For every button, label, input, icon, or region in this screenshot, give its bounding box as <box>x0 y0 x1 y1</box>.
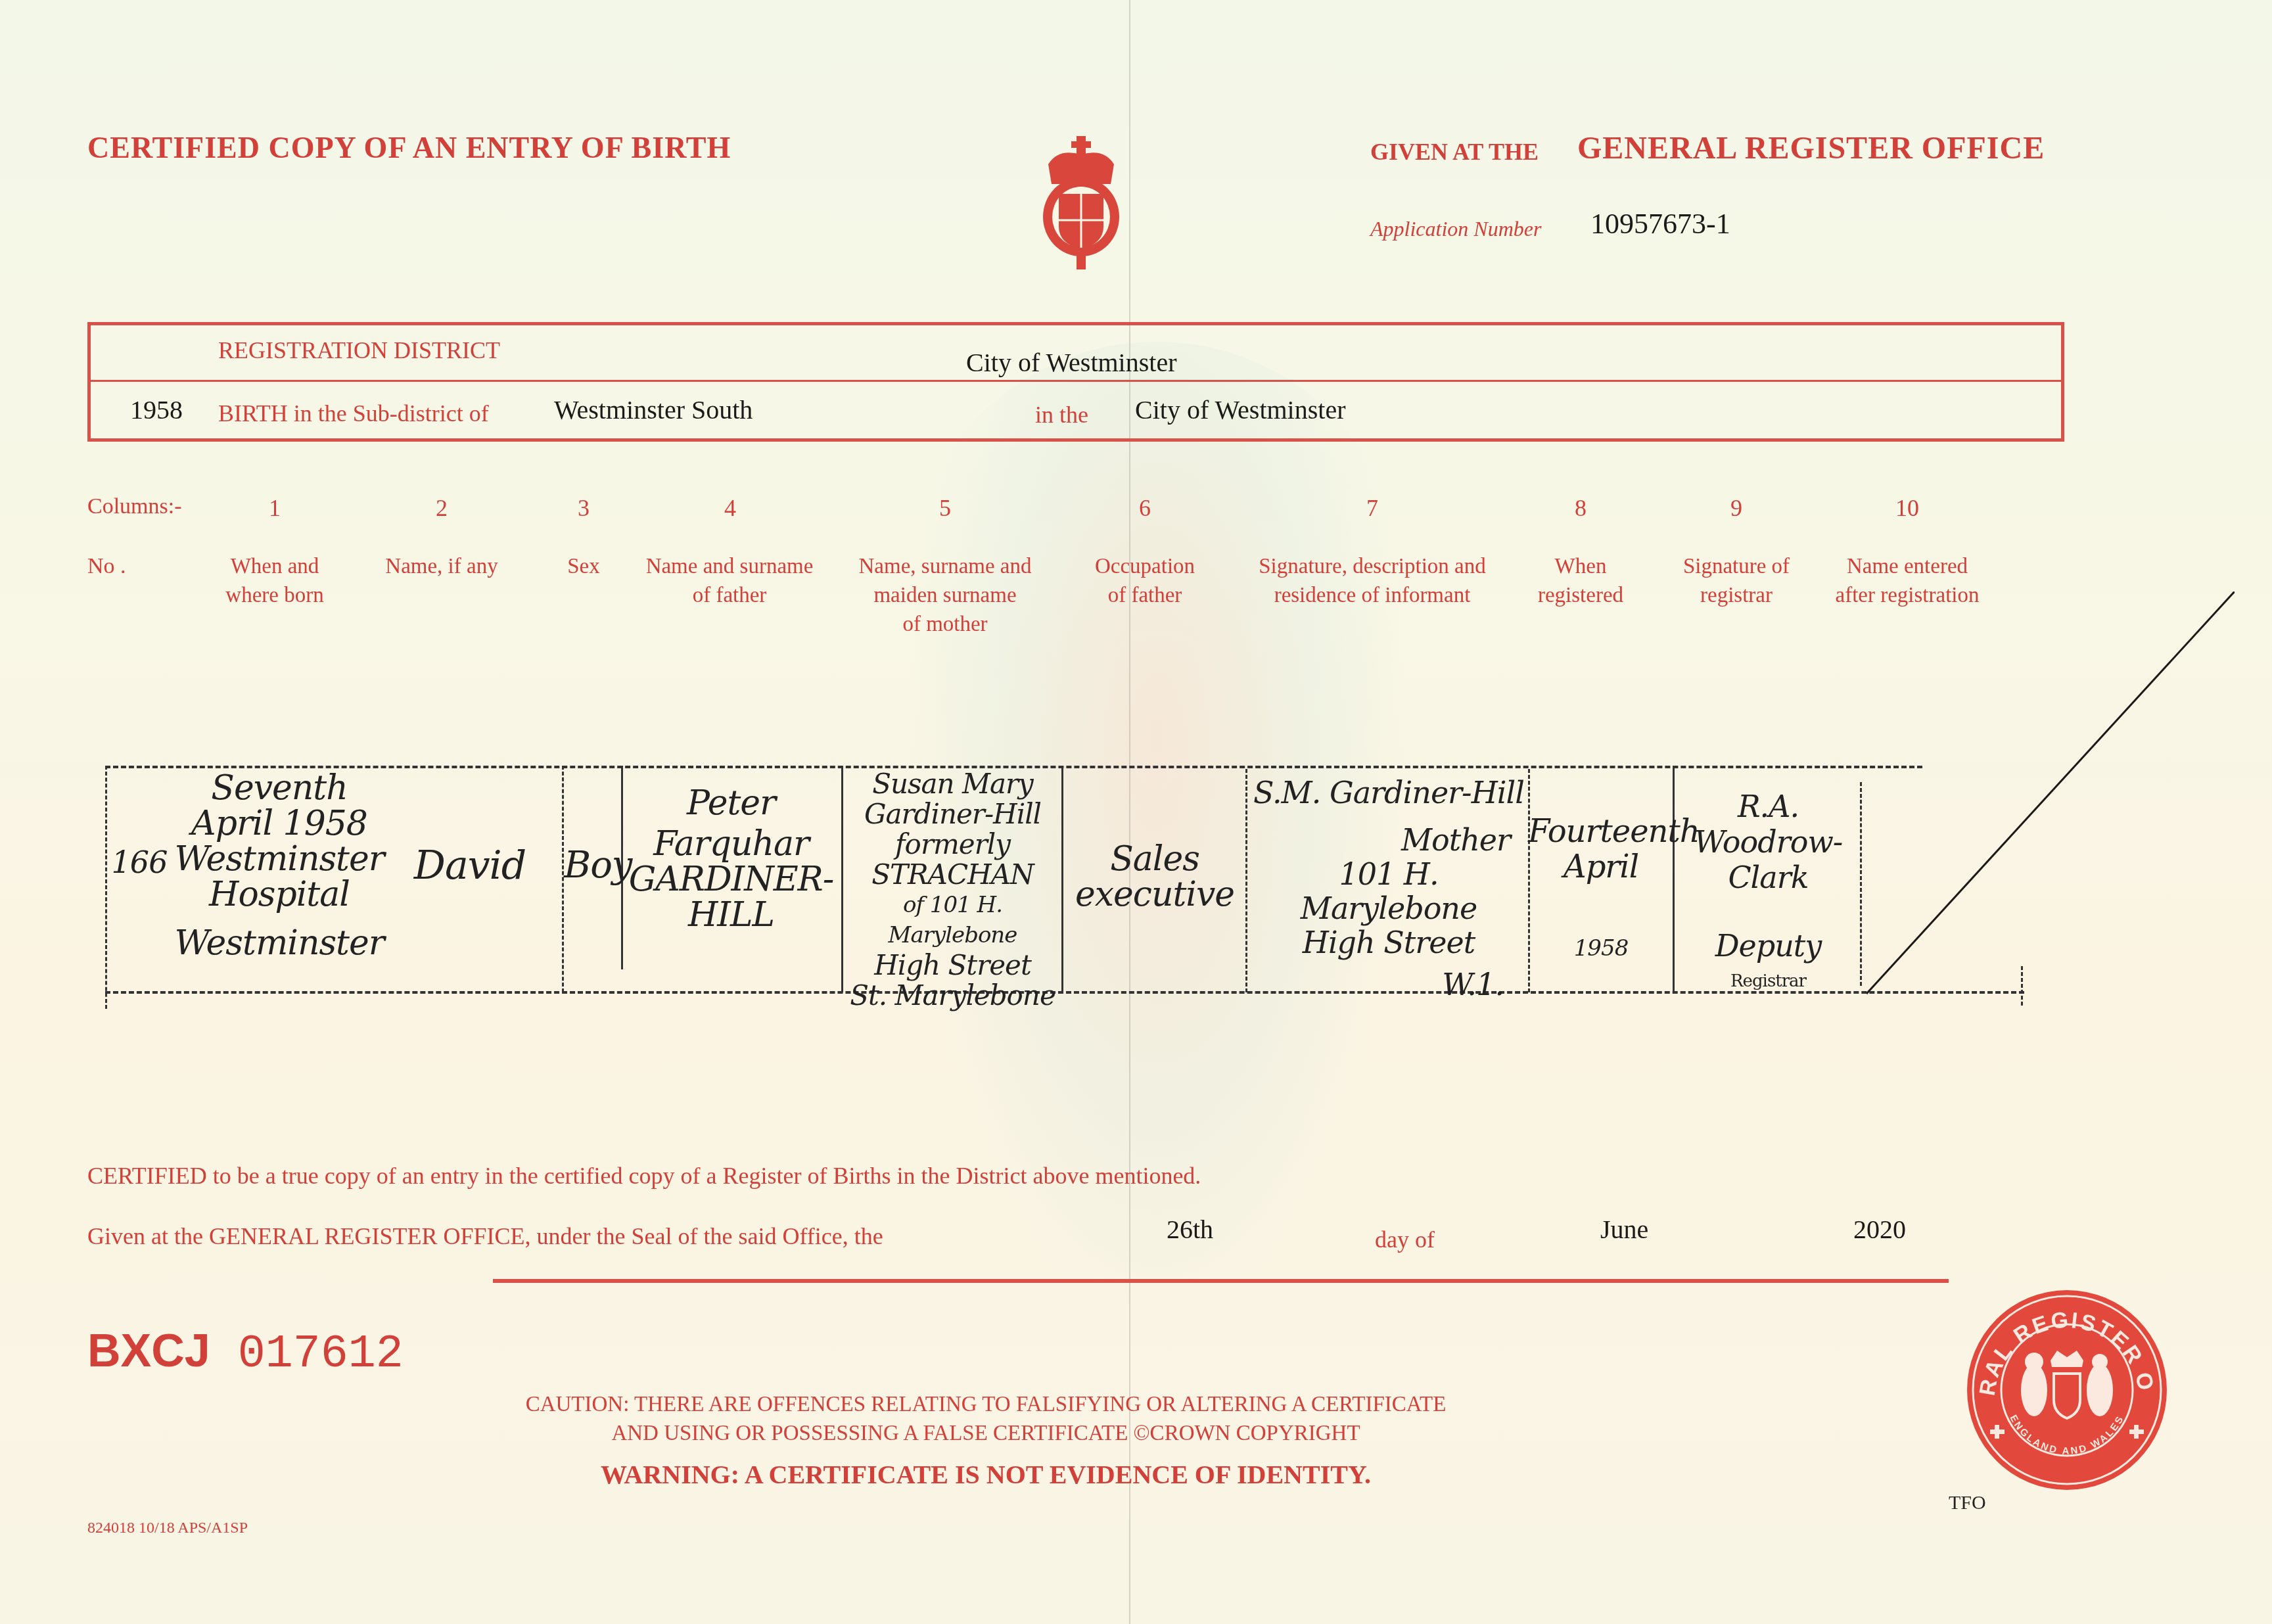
entry-informant: S.M. Gardiner-Hill Mother 101 H. Maryleb… <box>1247 776 1530 1002</box>
entry-name: David <box>394 848 545 883</box>
certificate-serial: BXCJ 017612 <box>87 1324 404 1381</box>
application-number-label: Application Number <box>1370 217 1541 241</box>
entry-mother: Susan Mary Gardiner-Hill formerly STRACH… <box>843 769 1063 1011</box>
column-number: 4 <box>704 494 756 522</box>
initials: TFO <box>1949 1492 1986 1514</box>
registration-year: 1958 <box>130 394 183 425</box>
blank-cancel-line <box>1866 592 2235 999</box>
entry-sex: Boy <box>564 848 623 883</box>
column-number: 1 <box>248 494 301 522</box>
column-number: 8 <box>1554 494 1607 522</box>
entry-registrar: R.A. Woodrow- Clark Deputy Registrar <box>1675 789 1862 999</box>
columns-label: Columns:- <box>87 494 182 519</box>
column-number: 6 <box>1119 494 1171 522</box>
entry-left-border <box>105 766 107 1009</box>
column-header-occupation: Occupation of father <box>1066 552 1224 610</box>
application-number: 10957673-1 <box>1590 207 1730 241</box>
column-number: 7 <box>1346 494 1399 522</box>
column-header-sex: Sex <box>538 552 630 581</box>
gro-seal-icon: GENERAL REGISTER OFFICE ENGLAND AND WALE… <box>1965 1288 2169 1492</box>
column-number: 2 <box>415 494 468 522</box>
certificate-title: CERTIFIED COPY OF AN ENTRY OF BIRTH <box>87 130 731 165</box>
certification-rule <box>493 1279 1949 1283</box>
column-header-when-where-born: When and where born <box>196 552 354 610</box>
column-header-when-registered: When registered <box>1515 552 1646 610</box>
identity-warning: WARNING: A CERTIFICATE IS NOT EVIDENCE O… <box>460 1459 1512 1490</box>
column-number: 9 <box>1710 494 1763 522</box>
column-header-father: Name and surname of father <box>628 552 831 610</box>
royal-crest-icon <box>1035 135 1127 269</box>
registration-district-value: City of Westminster <box>966 347 1176 378</box>
entry-when-registered: Fourteenth April 1958 <box>1528 814 1674 966</box>
given-day: 26th <box>1167 1214 1213 1245</box>
subdistrict-label: BIRTH in the Sub-district of <box>218 400 489 427</box>
column-header-name: Name, if any <box>363 552 521 581</box>
column-header-informant: Signature, description and residence of … <box>1234 552 1510 610</box>
entry-when-where-born: Seventh April 1958 Westminster Hospital … <box>161 770 398 961</box>
column-number: 10 <box>1881 494 1934 522</box>
caution-notice: CAUTION: THERE ARE OFFENCES RELATING TO … <box>460 1390 1512 1448</box>
column-header-registrar: Signature of registrar <box>1671 552 1802 610</box>
form-code: 824018 10/18 APS/A1SP <box>87 1520 248 1537</box>
given-year: 2020 <box>1853 1214 1906 1245</box>
given-at-label: GIVEN AT THE <box>1370 138 1539 166</box>
county-value: City of Westminster <box>1135 394 1345 425</box>
in-the-label: in the <box>1035 401 1088 429</box>
given-statement: Given at the GENERAL REGISTER OFFICE, un… <box>87 1222 883 1250</box>
day-of-label: day of <box>1375 1226 1435 1253</box>
column-number: 3 <box>557 494 610 522</box>
registration-divider <box>87 380 2064 382</box>
column-header-mother: Name, surname and maiden surname of moth… <box>843 552 1047 639</box>
column-number: 5 <box>919 494 971 522</box>
serial-number: 017612 <box>238 1329 404 1381</box>
entry-occupation: Sales executive <box>1063 841 1247 912</box>
subdistrict-value: Westminster South <box>554 394 753 425</box>
entry-father: Peter Farquhar GARDINER- HILL <box>621 785 841 933</box>
office-name: GENERAL REGISTER OFFICE <box>1577 130 2045 166</box>
certified-statement: CERTIFIED to be a true copy of an entry … <box>87 1162 1201 1190</box>
fold-line <box>1129 0 1130 1624</box>
registration-district-label: REGISTRATION DISTRICT <box>218 336 500 364</box>
serial-prefix: BXCJ <box>87 1325 210 1376</box>
no-column-label: No . <box>87 554 126 579</box>
given-month: June <box>1600 1214 1648 1245</box>
